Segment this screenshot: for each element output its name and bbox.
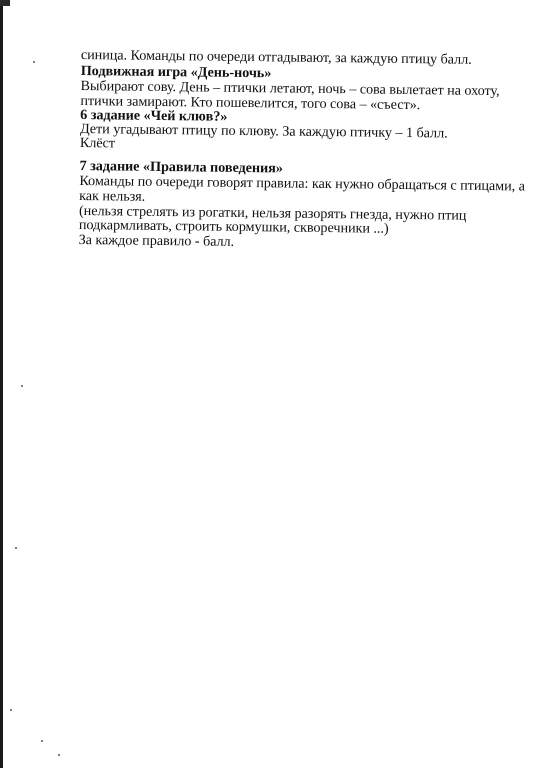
text-line: Дети угадывают птицу по клюву. За каждую… bbox=[80, 122, 448, 141]
text-line: Клёст bbox=[80, 136, 115, 151]
document-page: синица. Команды по очереди отгадывают, з… bbox=[0, 0, 559, 768]
text-line: Команды по очереди говорят правила: как … bbox=[79, 174, 525, 194]
text-line: За каждое правило - балл. bbox=[79, 233, 235, 250]
